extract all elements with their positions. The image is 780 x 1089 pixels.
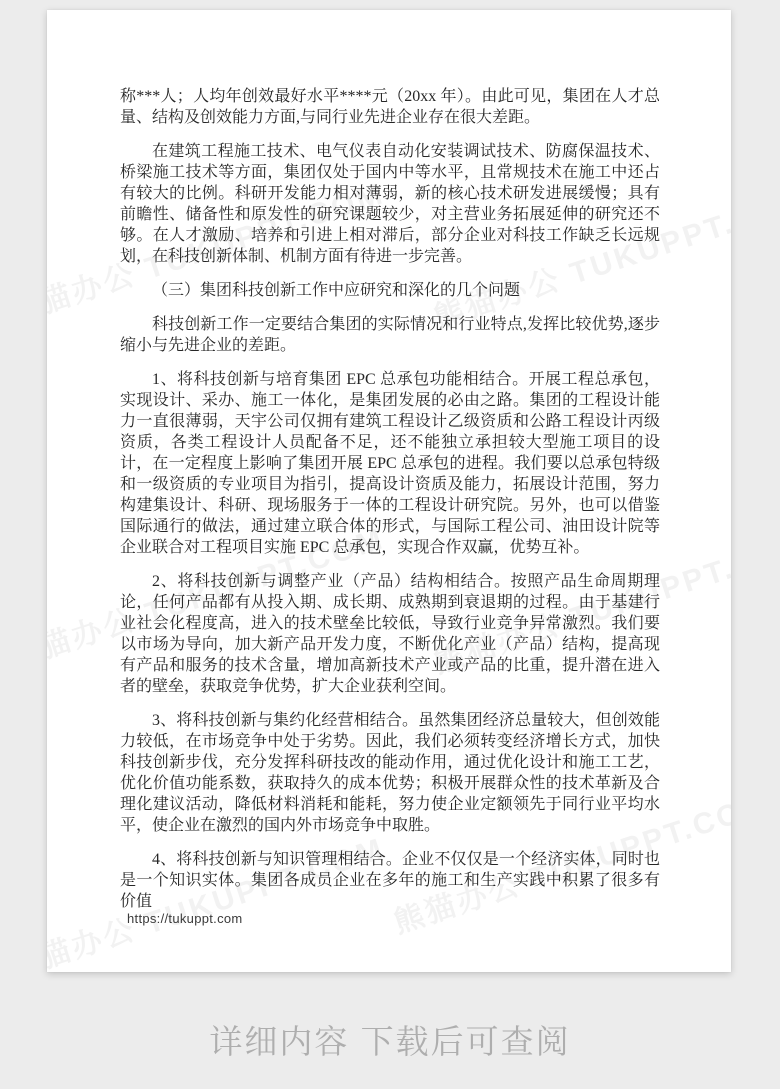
paragraph: 1、将科技创新与培育集团 EPC 总承包功能相结合。开展工程总承包，实现设计、采…: [120, 369, 660, 558]
section-heading: （三）集团科技创新工作中应研究和深化的几个问题: [120, 280, 660, 301]
document-preview-viewport: 熊猫办公 TUKUPPT.COM 熊猫办公 TUKUPPT.COM 熊猫办公 T…: [0, 0, 780, 1089]
paragraph: 科技创新工作一定要结合集团的实际情况和行业特点,发挥比较优势,逐步缩小与先进企业…: [120, 314, 660, 356]
paragraph: 称***人；人均年创效最好水平****元（20xx 年）。由此可见，集团在人才总…: [120, 86, 660, 128]
paragraph: 4、将科技创新与知识管理相结合。企业不仅仅是一个经济实体，同时也是一个知识实体。…: [120, 849, 660, 912]
document-page: 熊猫办公 TUKUPPT.COM 熊猫办公 TUKUPPT.COM 熊猫办公 T…: [47, 10, 731, 972]
paragraph: 在建筑工程施工技术、电气仪表自动化安装调试技术、防腐保温技术、桥梁施工技术等方面…: [120, 141, 660, 267]
footer-caption: 详细内容 下载后可查阅: [0, 1016, 780, 1063]
paragraph: 3、将科技创新与集约化经营相结合。虽然集团经济总量较大，但创效能力较低，在市场竞…: [120, 710, 660, 836]
source-url-text: https://tukuppt.com: [127, 911, 243, 926]
document-body: 称***人；人均年创效最好水平****元（20xx 年）。由此可见，集团在人才总…: [120, 86, 660, 912]
paragraph: 2、将科技创新与调整产业（产品）结构相结合。按照产品生命周期理论，任何产品都有从…: [120, 571, 660, 697]
